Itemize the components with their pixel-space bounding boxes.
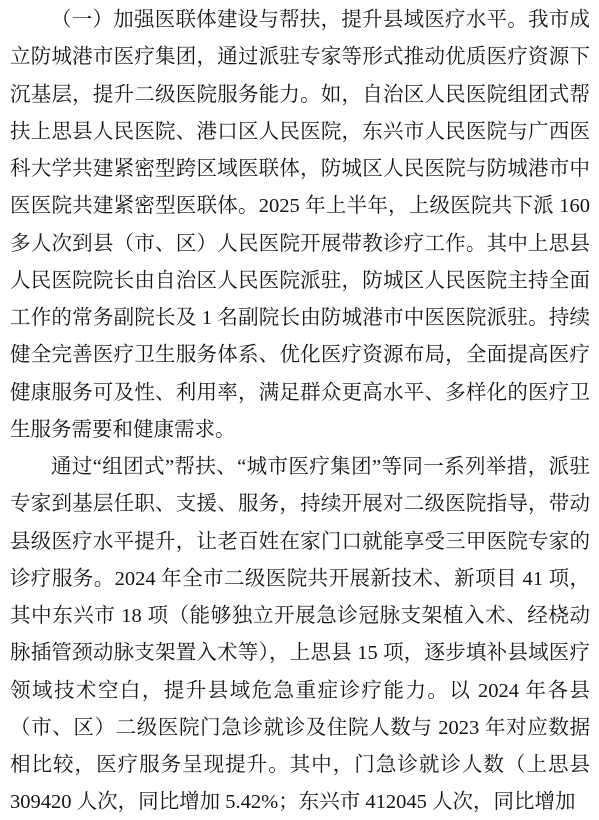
- document-page: （一）加强医联体建设与帮扶，提升县域医疗水平。我市成立防城港市医疗集团，通过派驻…: [0, 0, 599, 820]
- paragraph-medical-consortium-building: （一）加强医联体建设与帮扶，提升县域医疗水平。我市成立防城港市医疗集团，通过派驻…: [10, 2, 590, 449]
- paragraph-group-assistance-results: 通过“组团式”帮扶、“城市医疗集团”等同一系列举措，派驻专家到基层任职、支援、服…: [10, 449, 590, 820]
